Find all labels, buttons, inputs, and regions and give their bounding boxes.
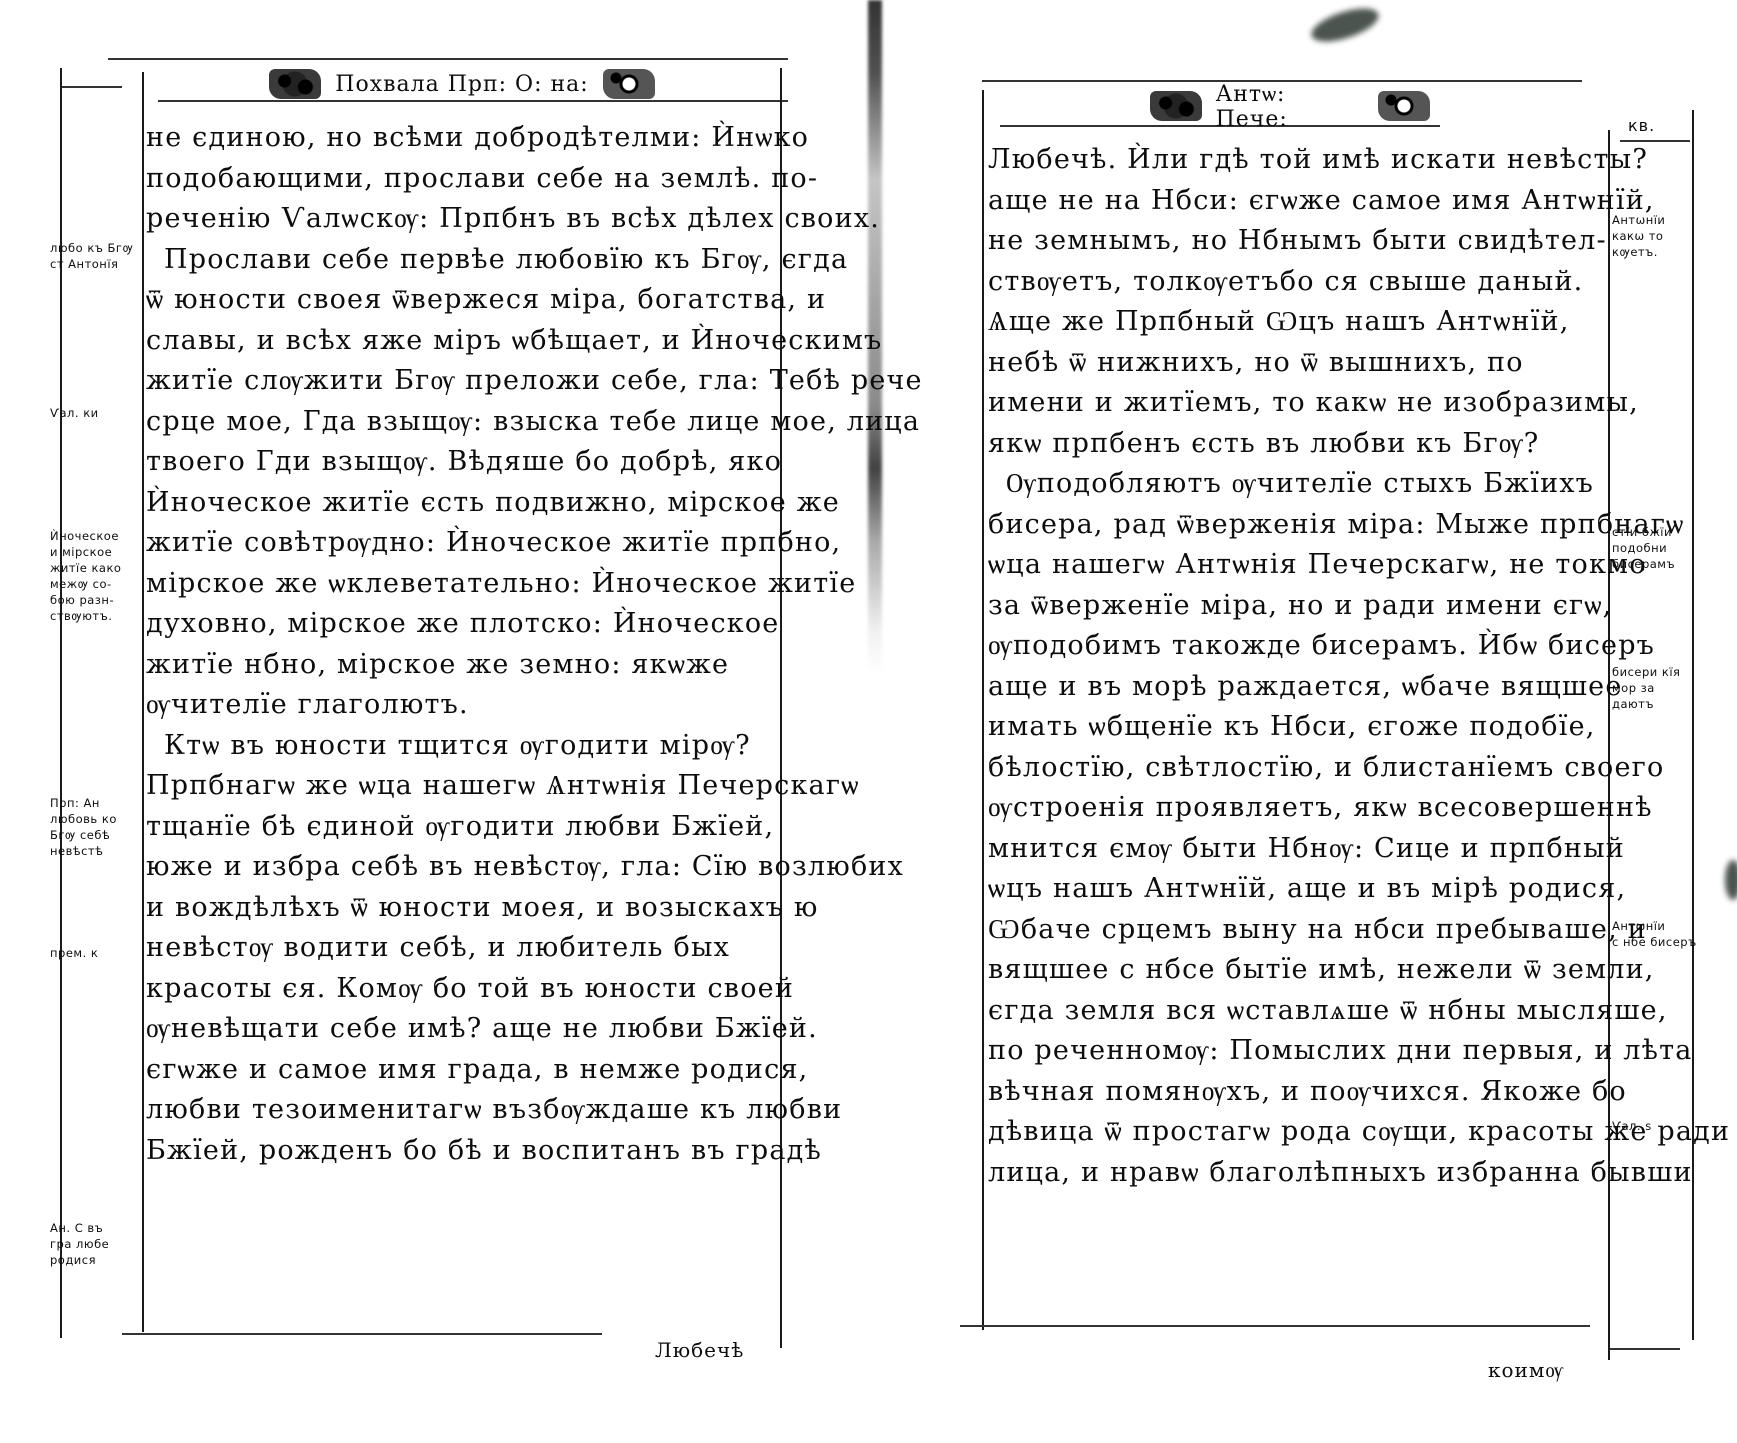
text-line: ѹстроенія проявляетъ, якѡ всесовершеннѣ: [988, 788, 1603, 829]
text-line: ѹчителїе глаголютъ.: [146, 685, 776, 726]
text-line: не земнымъ, но Нбнымъ быти свидѣтел-: [988, 221, 1603, 262]
text-line: твоего Гди взыщѹ. Вѣдяше бо добрѣ, яко: [146, 442, 776, 483]
body-text: Любечѣ. Ѝли гдѣ той имѣ искати невѣсты?а…: [988, 140, 1603, 1193]
book-spine-shadow: [868, 0, 882, 900]
text-line: житїе слѹжити Бгѹ преложи себе, гла: Теб…: [146, 361, 776, 402]
text-line: тщанїе бѣ єдиной ѹгодити любви Бжїей,: [146, 807, 776, 848]
text-line: подобающими, прослави себе на землѣ. по-: [146, 159, 776, 200]
text-line: житїе нбно, мірское же земно: якѡже: [146, 645, 776, 686]
text-line: ѿ юности своея ѿвержеся міра, богатства,…: [146, 280, 776, 321]
text-line: имать ѡбщенїе къ Нбси, єгоже подобїе,: [988, 707, 1603, 748]
margin-rule: [62, 86, 122, 88]
margin-note: Ѵал. ки: [50, 405, 99, 421]
text-line: лица, и нравѡ благолѣпныхъ избранна бывш…: [988, 1153, 1603, 1194]
text-line: духовно, мірское же плотско: Ѝноческое: [146, 604, 776, 645]
top-rule: [108, 58, 788, 60]
text-line: мірское же ѡклеветательно: Ѝноческое жит…: [146, 564, 776, 605]
text-line: славы, и всѣх яже міръ ѡбѣщает, и Ѝночес…: [146, 321, 776, 362]
text-line: и вождѣлѣхъ ѿ юности моея, и возыскахъ ю: [146, 888, 776, 929]
text-line: вящшее с нбсе бытїе имѣ, нежели ѿ земли,: [988, 950, 1603, 991]
text-line: аще и въ морѣ раждается, ѡбаче вящшее: [988, 667, 1603, 708]
catchword: Любечѣ: [655, 1338, 744, 1362]
margin-note: прем. к: [50, 945, 98, 961]
text-line: Бжїей, рожденъ бо бѣ и воспитанъ въ град…: [146, 1131, 776, 1172]
text-line: срце мое, Гда взыщѹ: взыска тебе лице мо…: [146, 402, 776, 443]
text-line: ѹподобимъ такожде бисерамъ. Ѝбѡ бисеръ: [988, 626, 1603, 667]
margin-note: стїи бжїиподобнибисерамъ: [1612, 524, 1675, 572]
text-line: аще не на Нбси: єгѡже самое имя Антѡнїй,: [988, 181, 1603, 222]
margin-note: Антѡнїикакѡ токѹетъ.: [1612, 212, 1665, 260]
headpiece-ornament-icon: [1150, 91, 1202, 121]
inner-margin-line: [142, 72, 144, 1332]
text-line: невѣстѹ водити себѣ, и любитель бых: [146, 928, 776, 969]
bottom-rule: [960, 1325, 1590, 1327]
bottom-rule: [122, 1333, 602, 1335]
headpiece-ornament-icon: [269, 69, 321, 99]
text-line: юже и избра себѣ въ невѣстѹ, гла: Сїю во…: [146, 847, 776, 888]
scan-smudge: [1725, 860, 1737, 900]
text-line: красоты єя. Комѹ бо той въ юности своей: [146, 969, 776, 1010]
text-line: Ѝноческое житїе єсть подвижно, мірское ж…: [146, 483, 776, 524]
text-line: вѣчная помянѹхъ, и поѹчихся. Якоже бо: [988, 1072, 1603, 1113]
margin-note: любо къ Бгѹст Антонїя: [50, 240, 133, 272]
text-line: бѣлостїю, свѣтлостїю, и блистанїемъ свое…: [988, 748, 1603, 789]
outer-margin-line: [1692, 110, 1694, 1340]
text-line: любви тезоименитагѡ възбѹждаше къ любви: [146, 1090, 776, 1131]
text-line: Ѧще же Прпбный Ѡцъ нашъ Антѡнїй,: [988, 302, 1603, 343]
text-line: дѣвица ѿ простагѡ рода сѹщи, красоты же …: [988, 1112, 1603, 1153]
text-line: Ѹподобляютъ ѹчителїе стыхъ Бжїихъ: [988, 464, 1603, 505]
folio-rule: [1620, 140, 1690, 142]
margin-note: бисери кїямор задаютъ: [1612, 664, 1680, 712]
margin-note: Ѵал. ѕ: [1612, 1118, 1652, 1134]
margin-note: Ан. С въгра люберодися: [50, 1220, 109, 1268]
text-line: Ктѡ въ юности тщится ѹгодити мірѹ?: [146, 726, 776, 767]
folio-number: кв.: [1628, 116, 1655, 135]
scan-smudge: [1308, 2, 1383, 48]
text-line: имени и житїемъ, то какѡ не изобразимы,: [988, 383, 1603, 424]
running-header: Похвала Прп: О: на:: [262, 64, 662, 104]
text-line: мнится ємѹ быти Нбнѹ: Сице и прпбный: [988, 829, 1603, 870]
text-line: Прпбнагѡ же ѡца нашегѡ Ѧнтѡнія Печерскаг…: [146, 766, 776, 807]
text-line: єгда земля вся ѡставлѧше ѿ нбны мысляше,: [988, 991, 1603, 1032]
text-line: за ѿверженїе міра, но и ради имени єгѡ,: [988, 586, 1603, 627]
left-page-edge: [982, 90, 984, 1330]
text-line: небѣ ѿ нижнихъ, но ѿ вышнихъ, по: [988, 343, 1603, 384]
text-line: реченію Ѵалѡскѹ: Прпбнъ въ всѣх дѣлех св…: [146, 199, 776, 240]
margin-note: Прп: Анлюбовь коБгѹ себѣневѣстѣ: [50, 795, 117, 859]
body-text: не єдиною, но всѣми добродѣтелми: Ѝнѡкоп…: [146, 118, 776, 1171]
text-line: ѹневѣщати себе имѣ? аще не любви Бжїей.: [146, 1009, 776, 1050]
text-line: не єдиною, но всѣми добродѣтелми: Ѝнѡко: [146, 118, 776, 159]
headpiece-ornament-icon: [1378, 91, 1430, 121]
text-line: по реченномѹ: Помыслих дни первыя, и лѣт…: [988, 1031, 1603, 1072]
text-line: Ѡбаче срцемъ выну на нбси пребываше, и: [988, 910, 1603, 951]
margin-note: Антѡнїис нбе бисеръ: [1612, 918, 1697, 950]
margin-bottom-rule: [1610, 1348, 1680, 1350]
text-line: бисера, рад ѿверженія міра: Мыже прпбнаг…: [988, 505, 1603, 546]
header-title: Похвала Прп: О: на:: [335, 72, 588, 97]
text-line: якѡ прпбенъ єсть въ любви къ Бгѹ?: [988, 424, 1603, 465]
text-line: ѡца нашегѡ Антѡнія Печерскагѡ, не токмо: [988, 545, 1603, 586]
headpiece-ornament-icon: [603, 69, 655, 99]
margin-note: Ѝноческоеи мірскоежитїе какомежѹ со-бою …: [50, 528, 121, 624]
text-line: Любечѣ. Ѝли гдѣ той имѣ искати невѣсты?: [988, 140, 1603, 181]
running-header: Антѡ: Пече:: [1150, 86, 1430, 126]
text-line: житїе совѣтрѹдно: Ѝноческое житїе прпбно…: [146, 523, 776, 564]
header-title: Антѡ: Пече:: [1216, 81, 1365, 132]
text-line: Прослави себе первѣе любовїю къ Бгѹ, єгд…: [146, 240, 776, 281]
text-line: ствѹетъ, толкѹетъбо ся свыше даный.: [988, 262, 1603, 303]
catchword: коимѹ: [1488, 1358, 1564, 1383]
text-line: єгѡже и самое имя града, в немже родися,: [146, 1050, 776, 1091]
text-line: ѡцъ нашъ Антѡнїй, аще и въ мірѣ родися,: [988, 869, 1603, 910]
